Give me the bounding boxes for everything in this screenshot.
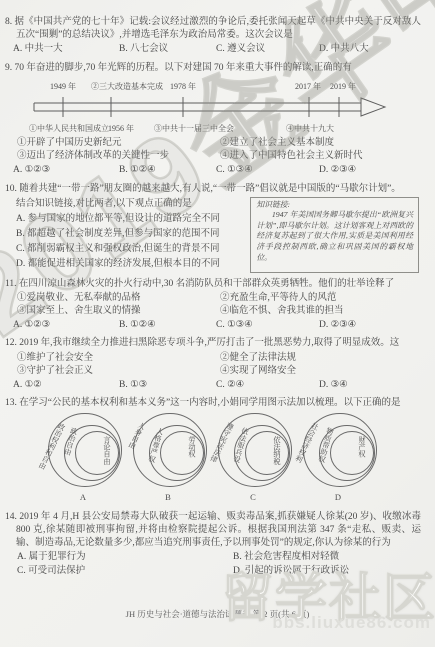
- q13-diagram-a: 政治权利和自由 政治自由 言论自由 A: [43, 413, 123, 504]
- timeline-arrow-graphic: [29, 93, 421, 121]
- q9-items: ①开辟了中国历史新纪元 ②建立了社会主义基本制度 ③迈出了经济体制改革的关键性一…: [17, 137, 421, 163]
- q9-option-c: C. ①③④: [216, 164, 319, 177]
- q12-items: ①维护了社会安全 ②健全了法律法规 ③守护了社会正义 ④实现了网络安全: [17, 352, 421, 378]
- timeline-label-1978: 1978 年: [170, 80, 196, 93]
- knowledge-link-body: 1947 年美国国务卿马歇尔提出“欧洲复兴计划”,即马歇尔计划。这计划客观上对西…: [256, 210, 413, 263]
- knowledge-link-box: 知识链接: 1947 年美国国务卿马歇尔提出“欧洲复兴计划”,即马歇尔计划。这计…: [250, 197, 419, 273]
- diagram-letter: A: [43, 491, 123, 504]
- q9-options: A. ①②③ B. ①②④ C. ①③④ D. ②③④: [13, 164, 421, 177]
- q12-item-4: ④实现了网络安全: [220, 365, 421, 378]
- q13-diagram-d: 社会经济权利 物质帮助权 财产权 D: [298, 413, 378, 504]
- q10-option-a: A. 参与国家的地位都平等,但设计的道路完全不同: [16, 212, 247, 227]
- q11-item-2: ②充盈生命,平等待人的风范: [220, 292, 421, 305]
- question-14: 14. 2019 年 4 月,H 县公安局禁毒大队破获一起运输、贩卖毒品案,抓获…: [5, 511, 421, 579]
- q12-option-b: B. ①③: [119, 379, 216, 392]
- q14-option-a: A. 属于犯罪行为: [17, 551, 233, 564]
- q11-option-d: D. ②③④: [319, 319, 421, 332]
- q13-diagrams: 政治权利和自由 政治自由 言论自由 A 人身自由 人格尊严权 劳动权: [43, 413, 421, 504]
- q12-item-1: ①维护了社会安全: [17, 352, 220, 365]
- q11-item-1: ①爱岗敬业、无私奉献的品格: [17, 292, 220, 305]
- inner-circle-label: 言论自由: [103, 436, 111, 465]
- q10-option-b: B. 都超越了社会制度差异,但参与国家的范围不同: [16, 227, 247, 242]
- timeline-label-1956: 1956 年: [108, 122, 134, 135]
- q8-option-a: A. 中共一大: [13, 43, 119, 56]
- timeline-label-sanda: ②三大改造基本完成: [91, 80, 163, 93]
- q14-options-row2: C. 可受司法保护 D. 引起的诉讼属于行政诉讼: [17, 565, 421, 578]
- q8-option-d: D. 中共八大: [319, 43, 421, 56]
- q14-option-c: C. 可受司法保护: [17, 565, 233, 578]
- question-9: 9. 70 年奋进的脚步,70 年光辉的历程。以下对建国 70 年来重大事件的解…: [5, 62, 421, 178]
- question-11: 11. 在四川凉山森林火灾的扑火行动中,30 名消防队员和干部群众英勇牺牲。他们…: [5, 278, 421, 333]
- venn-diagram: 人身自由 人格尊严权 劳动权: [128, 413, 208, 489]
- q9-item-2: ②建立了社会主义基本制度: [220, 137, 421, 150]
- timeline-label-2019: 2019 年: [330, 80, 356, 93]
- page-footer: JH 历史与社会·道德与法治试题卷 第 2 页(共 6 页): [0, 608, 435, 621]
- diagram-letter: B: [128, 491, 208, 504]
- timeline-label-19th-congress: ④中共十九大: [286, 122, 334, 135]
- q8-options: A. 中共一大 B. 八七会议 C. 遵义会议 D. 中共八大: [13, 43, 421, 56]
- q13-diagram-b: 人身自由 人格尊严权 劳动权 B: [128, 413, 208, 504]
- inner-circle-label: 依法纳税: [273, 436, 281, 465]
- question-10: 10. 随着共建“一带一路”朋友圈的越来越大,有人说,“一带一路”倡议就是中国版…: [5, 183, 421, 272]
- q12-option-a: A. ①②: [13, 379, 119, 392]
- q9-item-1: ①开辟了中国历史新纪元: [17, 137, 220, 150]
- timeline-label-third-plenum: ③中共十一届三中全会: [154, 122, 234, 135]
- q14-options-row1: A. 属于犯罪行为 B. 社会危害程度相对轻微: [17, 551, 421, 564]
- q10-stem-line2: 结合知识链接,对比两者,以下观点正确的是: [16, 197, 247, 212]
- q11-option-c: C. ①③④: [216, 319, 319, 332]
- q11-items: ①爱岗敬业、无私奉献的品格 ②充盈生命,平等待人的风范 ③国家至上、舍生取义的情…: [17, 292, 421, 318]
- q9-stem: 9. 70 年奋进的脚步,70 年光辉的历程。以下对建国 70 年来重大事件的解…: [5, 62, 421, 75]
- q11-option-a: A. ①②③: [13, 319, 119, 332]
- q12-stem: 12. 2019 年,我市继续全力推进扫黑除恶专项斗争,严厉打击了一批黑恶势力,…: [5, 337, 421, 350]
- q9-item-4: ④进入了中国特色社会主义新时代: [220, 150, 421, 163]
- exam-paper-page: 8. 据《中国共产党的七十年》记载:会议经过激烈的争论后,委托张闻天起草《中共中…: [0, 0, 435, 647]
- q14-option-d: D. 引起的诉讼属于行政诉讼: [233, 565, 421, 578]
- q8-stem: 8. 据《中国共产党的七十年》记载:会议经过激烈的争论后,委托张闻天起草《中共中…: [5, 16, 421, 42]
- q10-option-c: C. 都削弱霸权主义和强权政治,但诞生的背景不同: [16, 242, 247, 257]
- q12-item-2: ②健全了法律法规: [220, 352, 421, 365]
- q14-stem: 14. 2019 年 4 月,H 县公安局禁毒大队破获一起运输、贩卖毒品案,抓获…: [5, 511, 421, 551]
- q8-option-c: C. 遵义会议: [216, 43, 319, 56]
- knowledge-link-title: 知识链接:: [256, 200, 413, 211]
- venn-diagram: 政治权利和自由 政治自由 言论自由: [43, 413, 123, 489]
- q9-option-d: D. ②③④: [319, 164, 421, 177]
- q11-option-b: B. ①②④: [119, 319, 216, 332]
- q11-options: A. ①②③ B. ①②④ C. ①③④ D. ②③④: [13, 319, 421, 332]
- q11-item-4: ④临危不惧、舍我其谁的担当: [220, 305, 421, 318]
- q12-option-c: C. ②④: [216, 379, 319, 392]
- diagram-letter: C: [213, 491, 293, 504]
- q14-option-b: B. 社会危害程度相对轻微: [233, 551, 421, 564]
- q11-item-3: ③国家至上、舍生取义的情操: [17, 305, 220, 318]
- question-12: 12. 2019 年,我市继续全力推进扫黑除恶专项斗争,严厉打击了一批黑恶势力,…: [5, 337, 421, 392]
- q10-stem-line1: 10. 随着共建“一带一路”朋友圈的越来越大,有人说,“一带一路”倡议就是中国版…: [5, 183, 421, 196]
- q10-body: 结合知识链接,对比两者,以下观点正确的是 A. 参与国家的地位都平等,但设计的道…: [7, 197, 419, 273]
- diagram-letter: D: [298, 491, 378, 504]
- question-8: 8. 据《中国共产党的七十年》记载:会议经过激烈的争论后,委托张闻天起草《中共中…: [5, 16, 421, 57]
- exam-content: 8. 据《中国共产党的七十年》记载:会议经过激烈的争论后,委托张闻天起草《中共中…: [0, 0, 435, 647]
- q10-left-column: 结合知识链接,对比两者,以下观点正确的是 A. 参与国家的地位都平等,但设计的道…: [7, 197, 247, 273]
- venn-diagram: 遵守宪法法律 依法服兵役 依法纳税: [213, 413, 293, 489]
- venn-diagram: 社会经济权利 物质帮助权 财产权: [298, 413, 378, 489]
- inner-circle-label: 劳动权: [188, 436, 196, 458]
- q13-diagram-c: 遵守宪法法律 依法服兵役 依法纳税 C: [213, 413, 293, 504]
- timeline-label-prc-founded: ①中华人民共和国成立: [29, 122, 109, 135]
- q12-options: A. ①② B. ①③ C. ②④ D. ③④: [13, 379, 421, 392]
- timeline-label-1949: 1949 年: [50, 80, 76, 93]
- q8-option-b: B. 八七会议: [119, 43, 216, 56]
- q10-option-d: D. 都能促进相关国家的经济发展,但根本目的不同: [16, 257, 247, 272]
- q9-option-a: A. ①②③: [13, 164, 119, 177]
- q9-item-3: ③迈出了经济体制改革的关键性一步: [17, 150, 220, 163]
- q9-timeline-figure: 1949 年 ②三大改造基本完成 1978 年 2017 年 2019 年 ①中…: [29, 78, 421, 135]
- timeline-label-2017: 2017 年: [295, 80, 321, 93]
- q12-item-3: ③守护了社会正义: [17, 365, 220, 378]
- question-13: 13. 在学习“公民的基本权利和基本义务”这一内容时,小娟同学用图示法加以梳理。…: [5, 397, 421, 504]
- q13-stem: 13. 在学习“公民的基本权利和基本义务”这一内容时,小娟同学用图示法加以梳理。…: [5, 397, 421, 410]
- q12-option-d: D. ③④: [319, 379, 421, 392]
- q11-stem: 11. 在四川凉山森林火灾的扑火行动中,30 名消防队员和干部群众英勇牺牲。他们…: [5, 278, 421, 291]
- q9-option-b: B. ①②④: [119, 164, 216, 177]
- inner-circle-label: 财产权: [358, 436, 366, 458]
